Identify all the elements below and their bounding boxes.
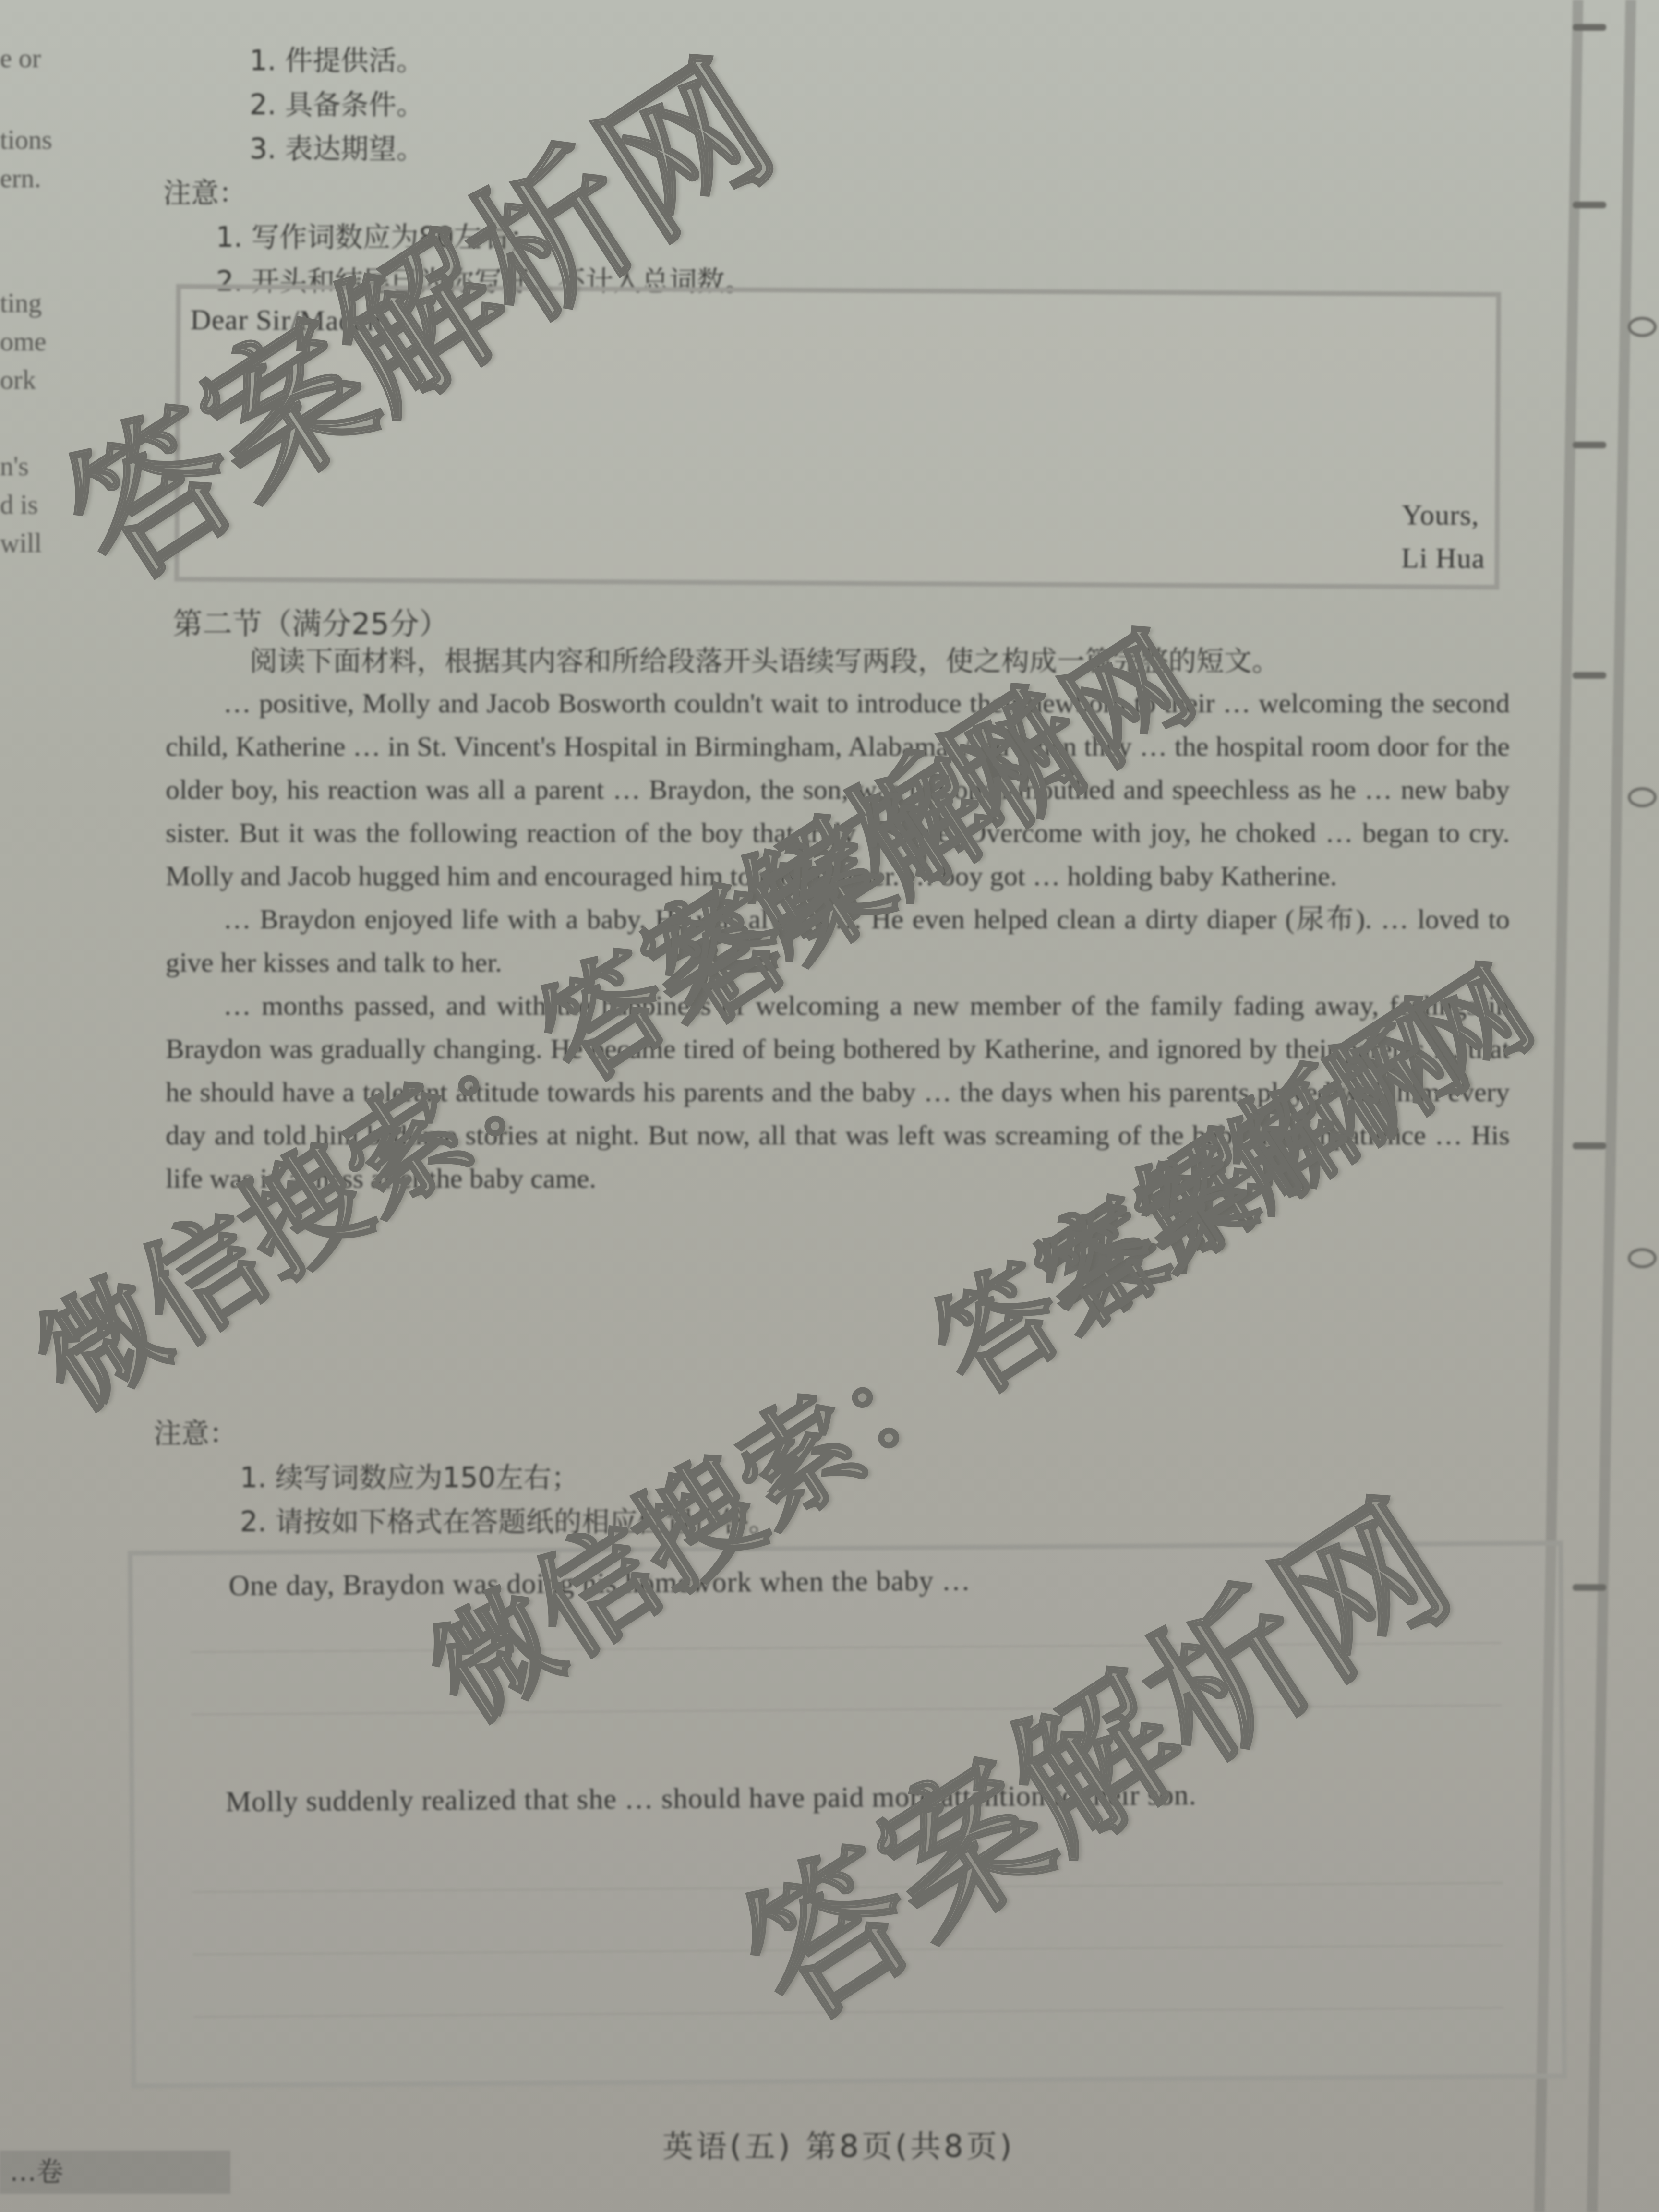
section-title: 第二节（满分25分） [173,600,449,643]
previous-page-edge: e or tions ern. ting ome ork n's d is wi… [0,0,62,2212]
page-number: 英语(五) 第8页(共8页) [662,2122,1015,2166]
footer-label: …卷 [0,2151,230,2194]
content-point: 2. 具备条件。 [163,83,1517,127]
letter-closing: Yours, Li Hua [1401,493,1485,580]
content-point: 3. 表达期望。 [163,127,1517,171]
content-point: 1. 件提供活。 [163,38,1517,83]
